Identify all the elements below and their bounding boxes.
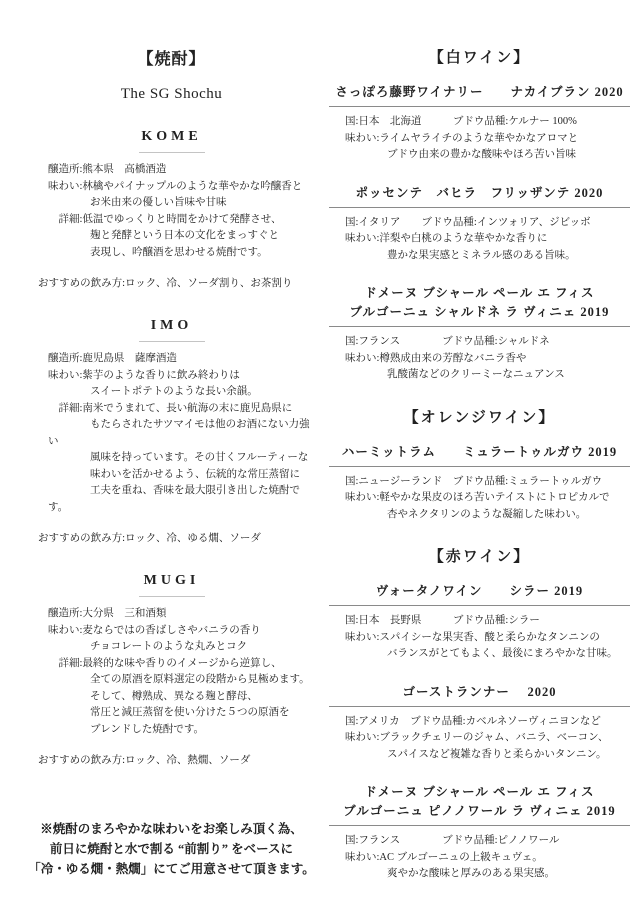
- mugi-serving-suggestion: おすすめの飲み方:ロック、冷、熱燗、ソーダ: [26, 753, 317, 769]
- wine-name: ハーミットラム ミュラートゥルガウ 2019: [329, 443, 630, 462]
- wine-details: 国:ニュージーランド ブドウ品種:ミュラートゥルガウ 味わい:軽やかな果皮のほろ…: [329, 474, 630, 524]
- orange-wine-heading: 【オレンジワイン】: [329, 406, 630, 427]
- wine-entry-votano-syrah: ヴォータノワイン シラー 2019 国:日本 長野県 ブドウ品種:シラー 味わい…: [329, 582, 630, 663]
- wine-name: ドメーヌ ブシャール ペール エ フィス ブルゴーニュ ピノノワール ラ ヴィニ…: [329, 783, 630, 821]
- imo-underline: [139, 341, 205, 342]
- kome-section: KOME 醸造所:熊本県 高橋酒造 味わい:林檎やパイナップルのような華やかな吟…: [26, 129, 317, 292]
- wine-name: ポッセンテ バヒラ フリッザンテ 2020: [329, 184, 630, 203]
- wine-entry-nakai-blanc: さっぽろ藤野ワイナリー ナカイブラン 2020 国:日本 北海道 ブドウ品種:ケ…: [329, 83, 630, 164]
- mugi-section: MUGI 醸造所:大分県 三和酒類 味わい:麦ならではの香ばしさやバニラの香り …: [26, 573, 317, 769]
- wine-name: ゴーストランナー 2020: [329, 683, 630, 702]
- mugi-underline: [139, 596, 205, 597]
- wine-details: 国:フランス ブドウ品種:ピノノワール 味わい:AC ブルゴーニュの上級キュヴェ…: [329, 833, 630, 883]
- red-wine-heading: 【赤ワイン】: [329, 545, 630, 566]
- shochu-heading: 【焼酎】: [26, 46, 317, 69]
- imo-heading: IMO: [26, 318, 317, 334]
- drinks-menu-page: 【焼酎】 The SG Shochu KOME 醸造所:熊本県 高橋酒造 味わい…: [0, 0, 640, 900]
- imo-details: 醸造所:鹿児島県 薩摩酒造 味わい:紫芋のような香りに飲み終わりは スイートポテ…: [26, 351, 317, 516]
- wine-details: 国:アメリカ ブドウ品種:カベルネソーヴィニヨンなど 味わい:ブラックチェリーの…: [329, 714, 630, 764]
- wine-details: 国:日本 北海道 ブドウ品種:ケルナー 100% 味わい:ライムヤライチのような…: [329, 114, 630, 164]
- wine-column: 【白ワイン】 さっぽろ藤野ワイナリー ナカイブラン 2020 国:日本 北海道 …: [325, 0, 640, 900]
- wine-details: 国:日本 長野県 ブドウ品種:シラー 味わい:スパイシーな果実香、酸と柔らかなタ…: [329, 613, 630, 663]
- wine-name: さっぽろ藤野ワイナリー ナカイブラン 2020: [329, 83, 630, 102]
- wine-entry-bouchard-chardonnay: ドメーヌ ブシャール ペール エ フィス ブルゴーニュ シャルドネ ラ ヴィニェ…: [329, 284, 630, 384]
- wine-divider: [329, 706, 630, 707]
- wine-entry-bouchard-pinot-noir: ドメーヌ ブシャール ペール エ フィス ブルゴーニュ ピノノワール ラ ヴィニ…: [329, 783, 630, 883]
- mugi-heading: MUGI: [26, 573, 317, 589]
- shochu-footnote: ※焼酎のまろやかな味わいをお楽しみ頂く為、 前日に焼酎と水で割る “前割り” を…: [26, 819, 317, 879]
- wine-divider: [329, 605, 630, 606]
- white-wine-heading: 【白ワイン】: [329, 46, 630, 67]
- imo-section: IMO 醸造所:鹿児島県 薩摩酒造 味わい:紫芋のような香りに飲み終わりは スイ…: [26, 318, 317, 547]
- shochu-brand-name: The SG Shochu: [26, 86, 317, 103]
- wine-entry-ghost-runner: ゴーストランナー 2020 国:アメリカ ブドウ品種:カベルネソーヴィニヨンなど…: [329, 683, 630, 764]
- wine-entry-hermit-ram: ハーミットラム ミュラートゥルガウ 2019 国:ニュージーランド ブドウ品種:…: [329, 443, 630, 524]
- wine-divider: [329, 825, 630, 826]
- kome-details: 醸造所:熊本県 高橋酒造 味わい:林檎やパイナップルのような華やかな吟醸香と お…: [26, 162, 317, 261]
- wine-details: 国:フランス ブドウ品種:シャルドネ 味わい:樽熟成由来の芳醇なバニラ香や 乳酸…: [329, 334, 630, 384]
- wine-name: ドメーヌ ブシャール ペール エ フィス ブルゴーニュ シャルドネ ラ ヴィニェ…: [329, 284, 630, 322]
- kome-serving-suggestion: おすすめの飲み方:ロック、冷、ソーダ割り、お茶割り: [26, 276, 317, 292]
- wine-divider: [329, 207, 630, 208]
- wine-name: ヴォータノワイン シラー 2019: [329, 582, 630, 601]
- shochu-column: 【焼酎】 The SG Shochu KOME 醸造所:熊本県 高橋酒造 味わい…: [0, 0, 325, 900]
- wine-divider: [329, 326, 630, 327]
- wine-divider: [329, 106, 630, 107]
- wine-entry-possente-frizzante: ポッセンテ バヒラ フリッザンテ 2020 国:イタリア ブドウ品種:インツォリ…: [329, 184, 630, 265]
- mugi-details: 醸造所:大分県 三和酒類 味わい:麦ならではの香ばしさやバニラの香り チョコレー…: [26, 606, 317, 738]
- kome-underline: [139, 152, 205, 153]
- kome-heading: KOME: [26, 129, 317, 145]
- wine-divider: [329, 466, 630, 467]
- imo-serving-suggestion: おすすめの飲み方:ロック、冷、ゆる燗、ソーダ: [26, 531, 317, 547]
- wine-details: 国:イタリア ブドウ品種:インツォリア、ジビッボ 味わい:洋梨や白桃のような華や…: [329, 215, 630, 265]
